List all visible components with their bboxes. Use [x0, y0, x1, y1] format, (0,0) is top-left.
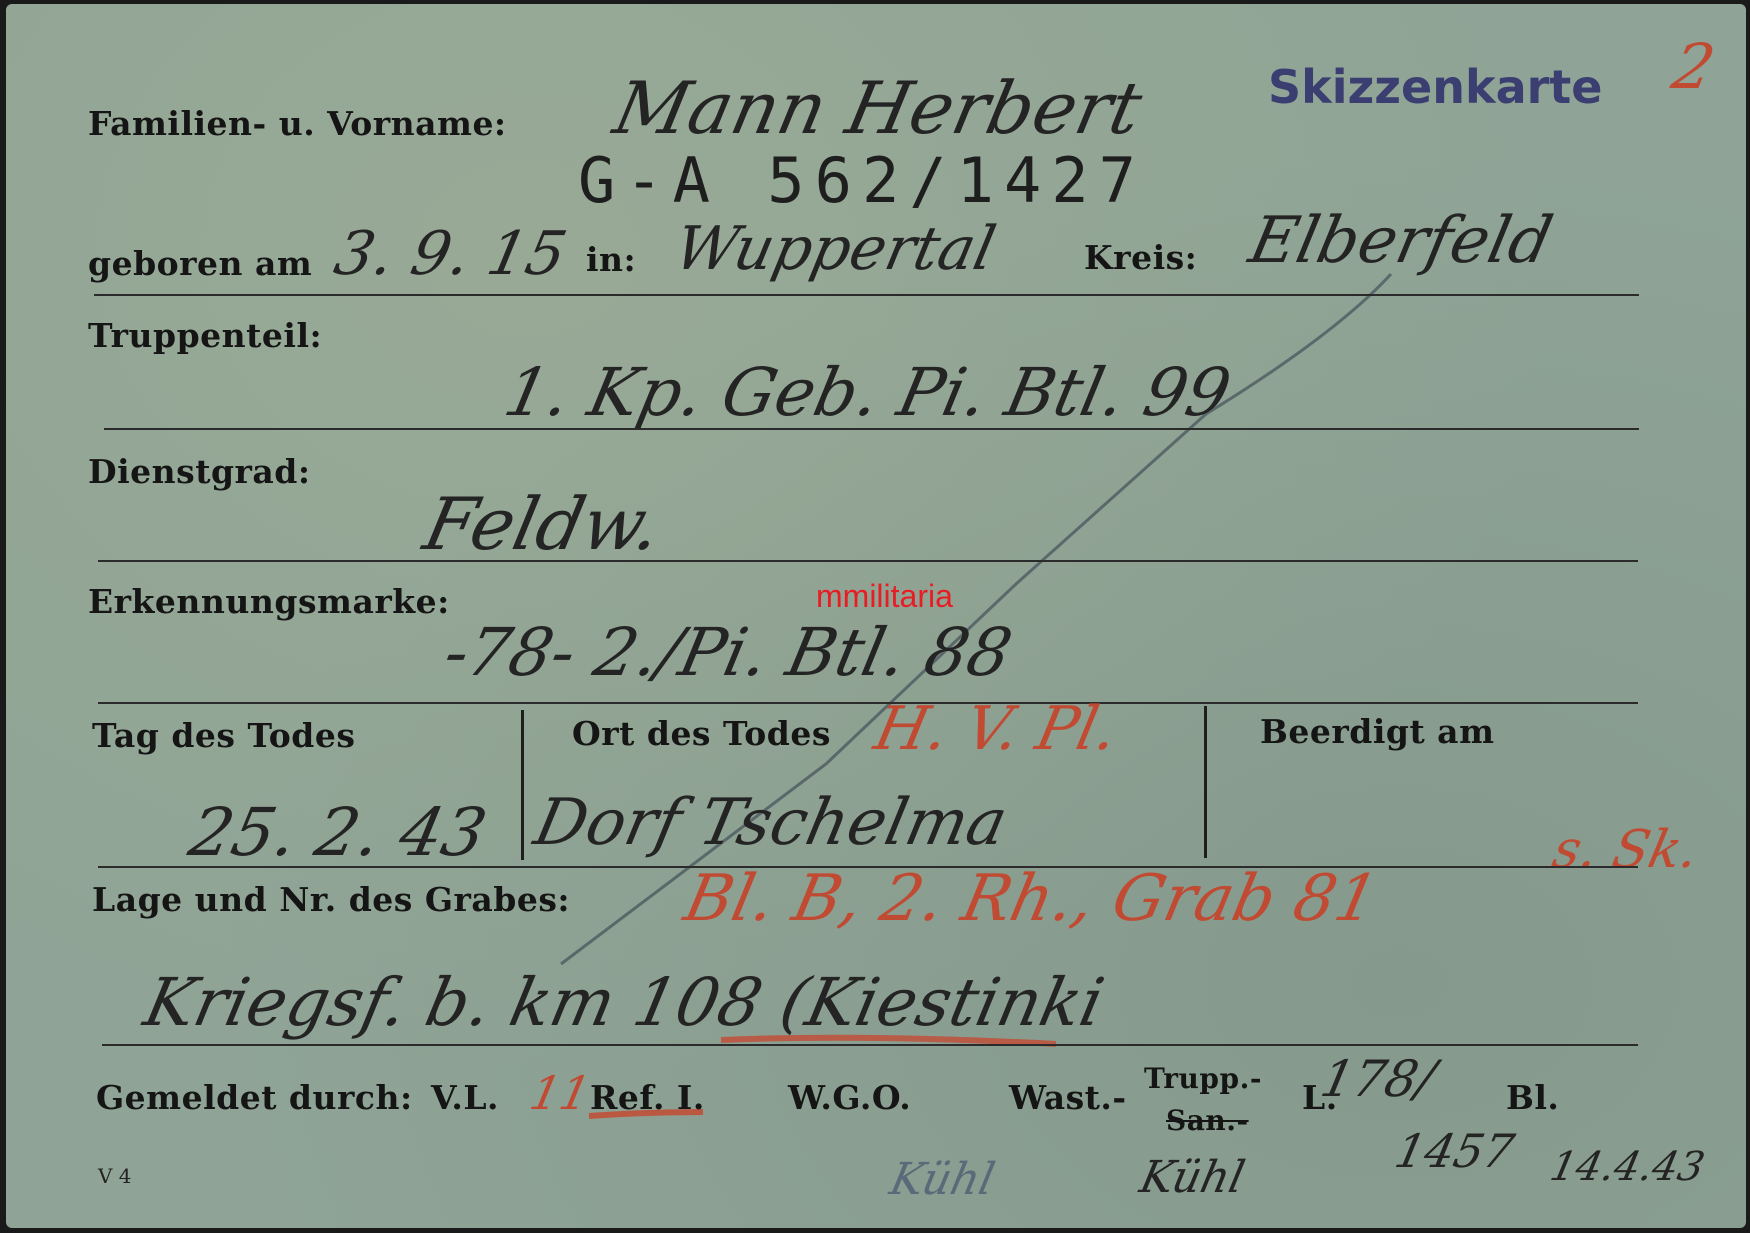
- rule: [98, 560, 1638, 562]
- grave-value: Bl. B, 2. Rh., Grab 81: [678, 862, 1384, 936]
- unit-value: 1. Kp. Geb. Pi. Btl. 99: [498, 354, 1237, 431]
- skizzenkarte-stamp: Skizzenkarte: [1268, 60, 1603, 114]
- death-place-annotation: H. V. Pl.: [869, 694, 1124, 764]
- id-tag-value: -78- 2./Pi. Btl. 88: [438, 614, 1019, 691]
- report-date-signature: 14.4.43: [1546, 1144, 1708, 1190]
- l-sub-value: 1457: [1390, 1124, 1519, 1178]
- file-number: G-A 562/1427: [578, 144, 1146, 217]
- watermark: mmilitaria: [816, 578, 953, 615]
- death-date-label: Tag des Todes: [92, 716, 355, 755]
- name-value: Mann Herbert: [607, 66, 1149, 150]
- san-label: San.-: [1166, 1104, 1249, 1137]
- signature-1: Kühl: [1136, 1152, 1249, 1203]
- rule: [94, 294, 1639, 296]
- signature-2: Kühl: [886, 1154, 999, 1205]
- birth-place-value: Wuppertal: [669, 214, 1002, 284]
- buried-label: Beerdigt am: [1260, 712, 1495, 751]
- unit-label: Truppenteil:: [88, 316, 322, 355]
- ref-label: Ref. I.: [590, 1078, 705, 1117]
- id-tag-label: Erkennungsmarke:: [88, 582, 450, 621]
- death-place-label: Ort des Todes: [572, 714, 831, 753]
- birth-date-label: geboren am: [88, 244, 312, 283]
- death-place-value: Dorf Tschelma: [528, 786, 1013, 860]
- rule: [98, 702, 1638, 704]
- rule: [102, 1044, 1638, 1046]
- bl-label: Bl.: [1506, 1078, 1559, 1117]
- column-divider: [1204, 706, 1207, 858]
- column-divider: [521, 710, 524, 860]
- rank-value: Feldw.: [417, 482, 669, 566]
- birth-place-label: in:: [586, 240, 636, 279]
- death-date-value: 25. 2. 43: [183, 794, 493, 871]
- grave-label: Lage und Nr. des Grabes:: [92, 880, 570, 919]
- grave-registration-card: Skizzenkarte 2 Familien- u. Vorname: Man…: [6, 4, 1746, 1228]
- reported-label: Gemeldet durch:: [96, 1078, 413, 1117]
- wgo-label: W.G.O.: [788, 1078, 911, 1117]
- buried-value: s. Sk.: [1548, 820, 1704, 880]
- rank-label: Dienstgrad:: [88, 452, 311, 491]
- grave-location: Kriegsf. b. km 108 (Kiestinki: [138, 964, 1111, 1041]
- l-value: 178/: [1316, 1050, 1441, 1108]
- form-code: V 4: [98, 1164, 132, 1188]
- vl-label: V.L.: [431, 1078, 499, 1117]
- trupp-label: Trupp.-: [1144, 1062, 1262, 1095]
- name-label: Familien- u. Vorname:: [88, 104, 507, 143]
- vl-value: 11: [525, 1066, 595, 1120]
- district-value: Elberfeld: [1243, 204, 1558, 278]
- district-label: Kreis:: [1084, 238, 1197, 277]
- wast-label: Wast.-: [1009, 1078, 1127, 1117]
- rule: [104, 428, 1639, 430]
- birth-date-value: 3. 9. 15: [329, 219, 573, 289]
